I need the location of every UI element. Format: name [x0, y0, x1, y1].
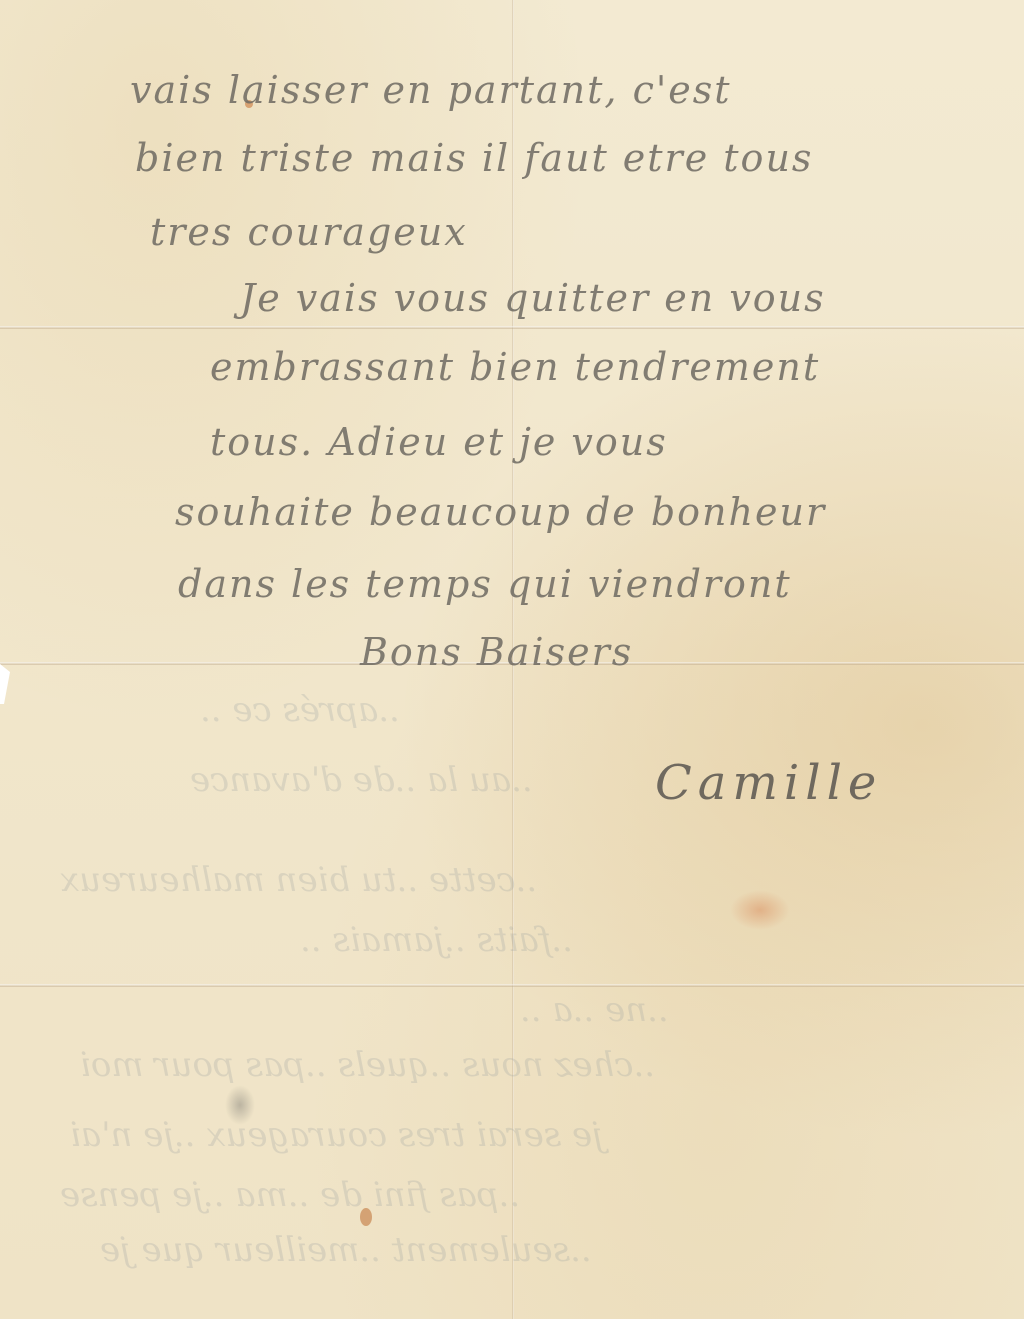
letter-line: souhaite beaucoup de bonheur	[175, 490, 826, 534]
bleed-through-text: ..pas fini de ..ma ..je pense	[60, 1175, 520, 1215]
letter-line: dans les temps qui viendront	[178, 562, 792, 606]
torn-edge	[0, 664, 10, 704]
letter-line: Je vais vous quitter en vous	[240, 276, 826, 320]
letter-line: embrassant bien tendrement	[210, 345, 820, 389]
foxing-stain	[730, 890, 790, 930]
letter-line: vais laisser en partant, c'est	[130, 68, 732, 112]
signature: Camille	[655, 755, 882, 811]
letter-closing: Bons Baisers	[360, 630, 633, 674]
letter-page: ..aprés ce .. ..au la ..de d'avance ..ce…	[0, 0, 1024, 1319]
horizontal-fold-crease	[0, 984, 1024, 987]
bleed-through-text: ..aprés ce ..	[200, 690, 400, 730]
bleed-through-text: ..faits ..jamais ..	[300, 920, 573, 960]
bleed-through-text: je serai tres courageux ..je n'ai	[70, 1115, 603, 1155]
bleed-through-text: ..au la ..de d'avance	[190, 760, 533, 800]
letter-line: tres courageux	[150, 210, 468, 254]
letter-line: bien triste mais il faut etre tous	[135, 136, 813, 180]
bleed-through-text: ..seulement ..meilleur que je	[100, 1230, 592, 1270]
horizontal-fold-crease	[0, 326, 1024, 329]
bleed-through-text: ..cette ..tu bien malheureux	[60, 860, 537, 900]
bleed-through-text: ..chez nous ..quels ..pas pour moi	[80, 1045, 655, 1085]
letter-line: tous. Adieu et je vous	[210, 420, 668, 464]
bleed-through-text: ..ne ..a ..	[520, 990, 669, 1030]
